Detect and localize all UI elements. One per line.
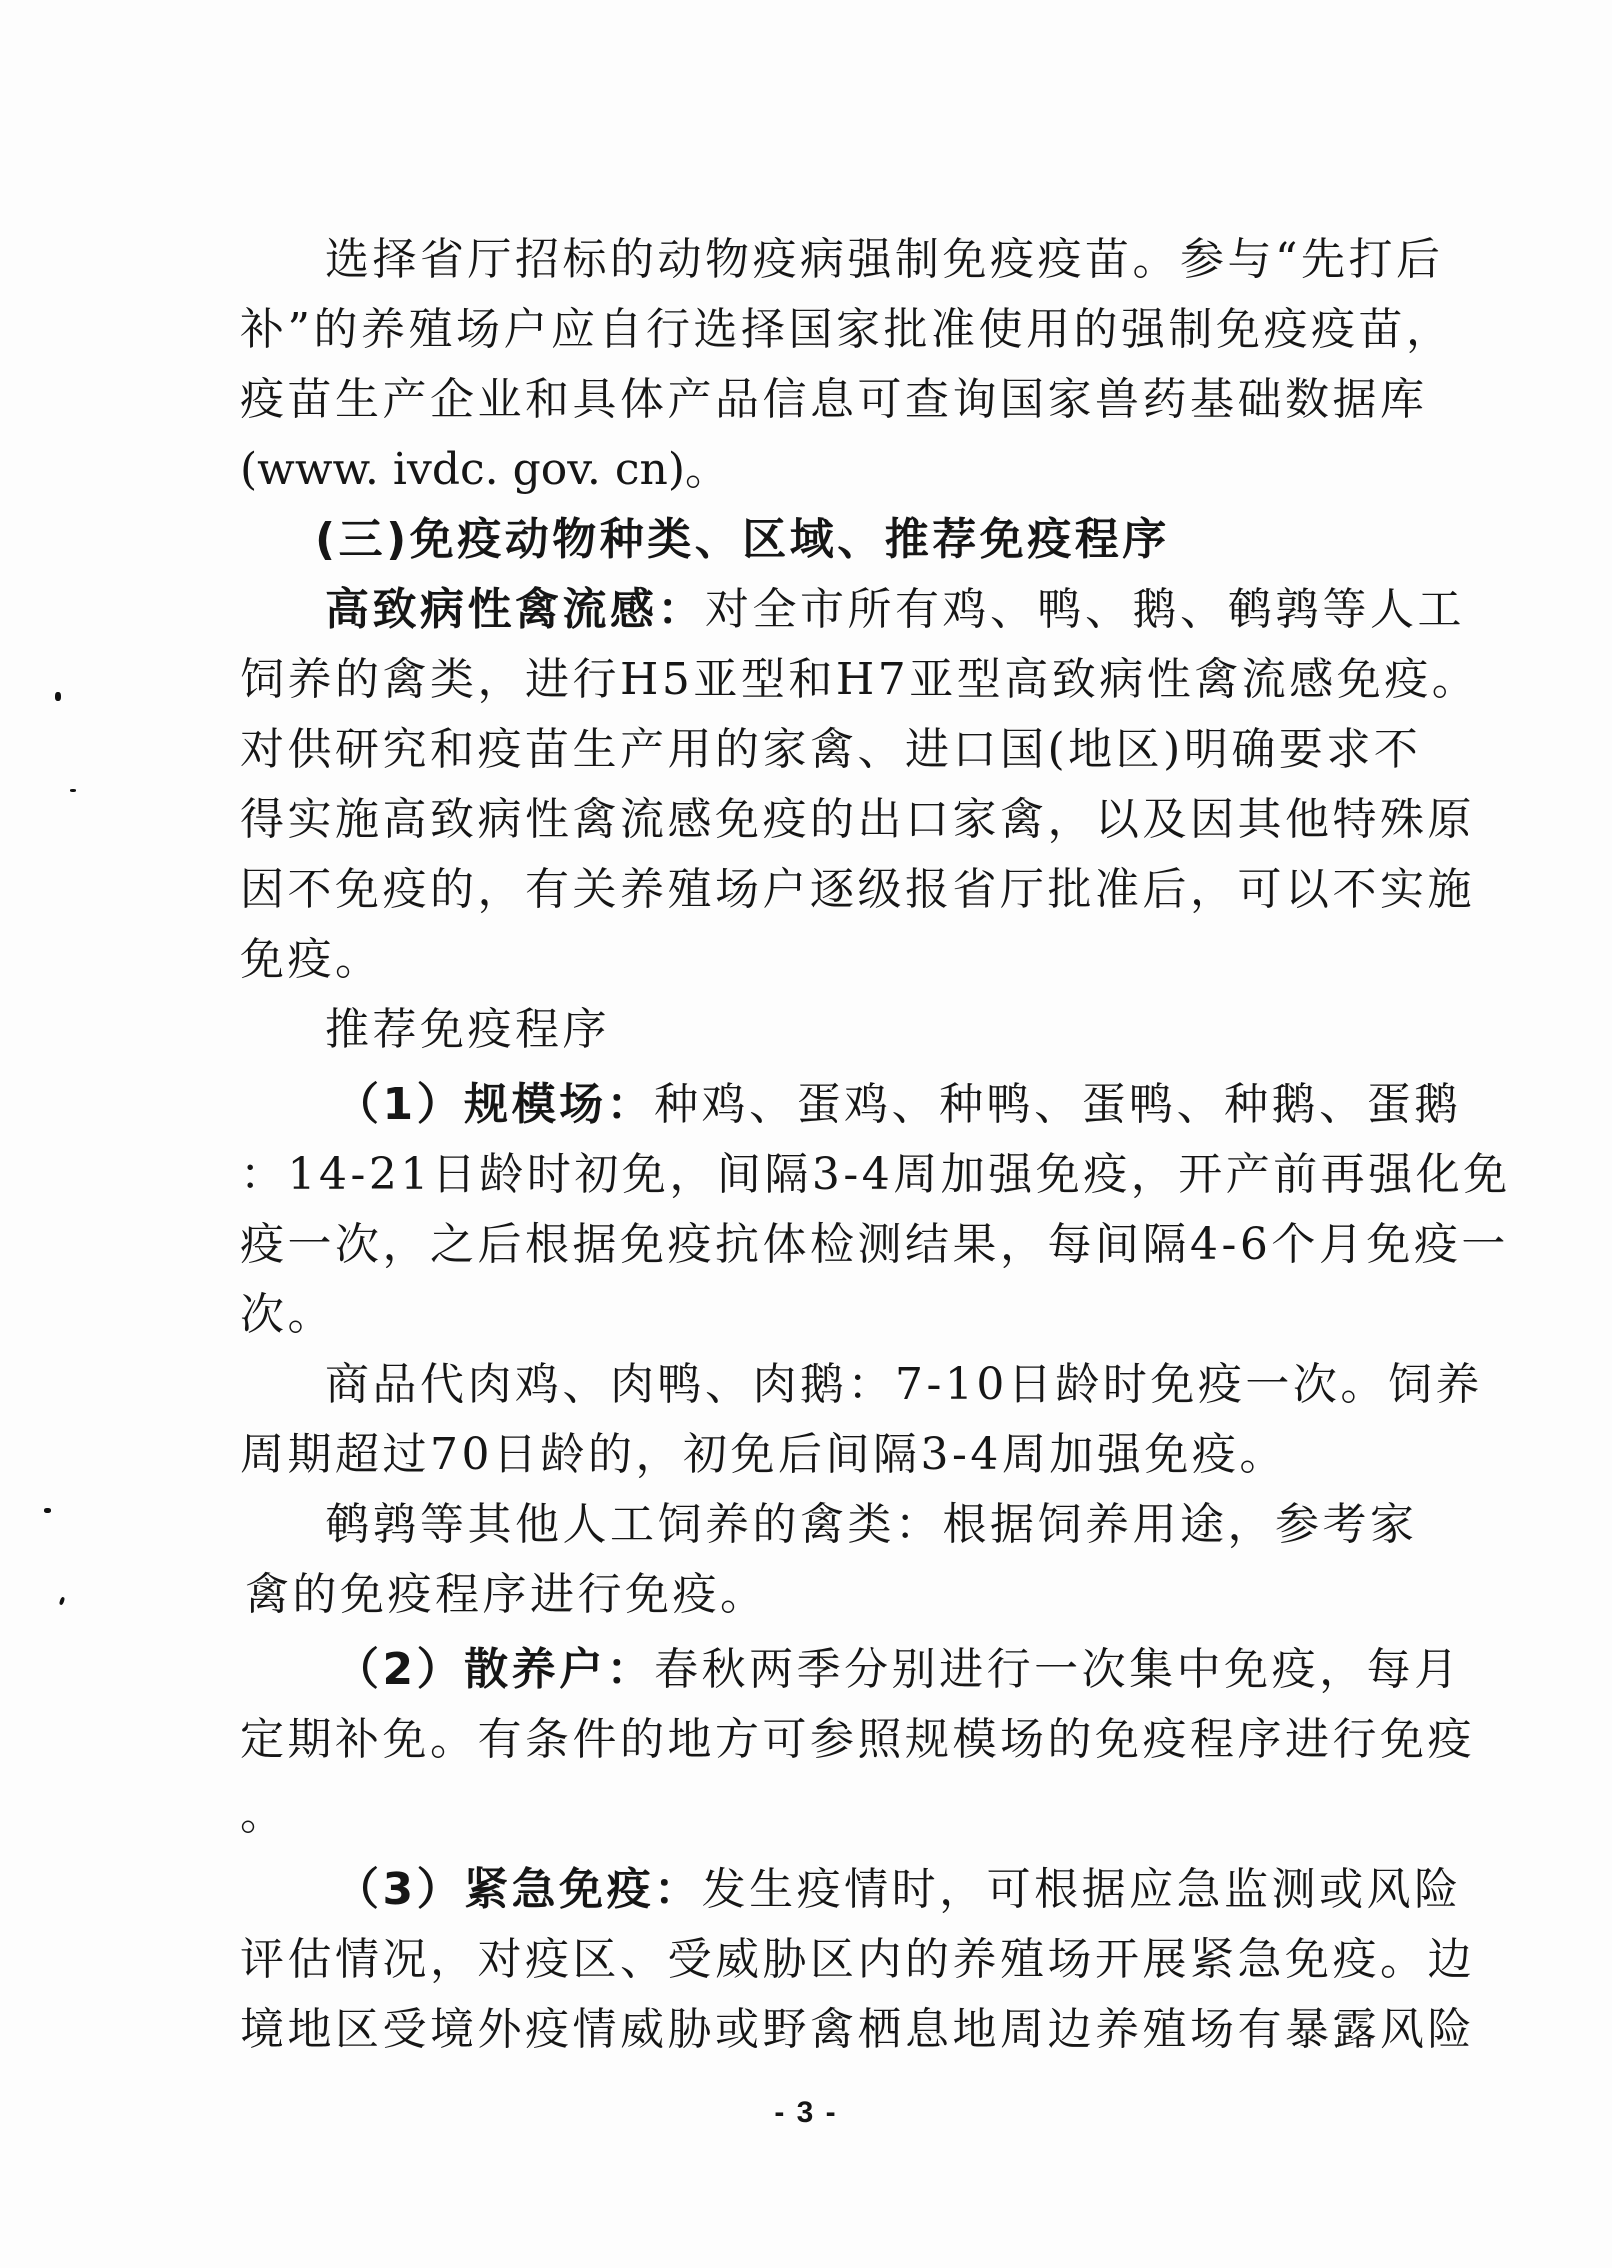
paragraph-line: 境地区受境外疫情威胁或野禽栖息地周边养殖场有暴露风险	[240, 2000, 1400, 2060]
paragraph-line: 禽的免疫程序进行免疫。	[245, 1565, 1405, 1625]
backyard-first-line: （2）散养户：春秋两季分别进行一次集中免疫，每月	[335, 1640, 1410, 1700]
paragraph-line: 鹌鹑等其他人工饲养的禽类：根据饲养用途，参考家	[325, 1495, 1400, 1555]
hpai-first-line: 高致病性禽流感：对全市所有鸡、鸭、鹅、鹌鹑等人工	[325, 580, 1400, 640]
document-page: 选择省厅招标的动物疫病强制免疫疫苗。参与“先打后 补”的养殖场户应自行选择国家批…	[0, 0, 1612, 2268]
paragraph-line: 补”的养殖场户应自行选择国家批准使用的强制免疫疫苗，	[240, 300, 1400, 360]
paragraph-line: 。	[240, 1785, 1400, 1845]
paragraph-line: 周期超过70日龄的，初免后间隔3-4周加强免疫。	[240, 1425, 1400, 1485]
paragraph-line: 选择省厅招标的动物疫病强制免疫疫苗。参与“先打后	[325, 230, 1400, 290]
paragraph-line: 次。	[240, 1285, 1400, 1345]
emergency-label: （3）紧急免疫：	[335, 1864, 702, 1915]
section-heading: (三)免疫动物种类、区域、推荐免疫程序	[315, 510, 1390, 570]
paragraph-line: 疫苗生产企业和具体产品信息可查询国家兽药基础数据库	[240, 370, 1400, 430]
paragraph-line: 对供研究和疫苗生产用的家禽、进口国(地区)明确要求不	[240, 720, 1400, 780]
emergency-text: 发生疫情时，可根据应急监测或风险	[702, 1864, 1462, 1915]
emergency-first-line: （3）紧急免疫：发生疫情时，可根据应急监测或风险	[335, 1860, 1410, 1920]
paragraph-line: 免疫。	[240, 930, 1400, 990]
scale-farm-label: （1）规模场：	[335, 1079, 654, 1130]
paragraph-line: 因不免疫的，有关养殖场户逐级报省厅批准后，可以不实施	[240, 860, 1400, 920]
paragraph-line: 疫一次，之后根据免疫抗体检测结果，每间隔4-6个月免疫一	[240, 1215, 1400, 1275]
scan-speck	[59, 1597, 65, 1606]
scale-farm-first-line: （1）规模场：种鸡、蛋鸡、种鸭、蛋鸭、种鹅、蛋鹅	[335, 1075, 1410, 1135]
paragraph-line: 饲养的禽类，进行H5亚型和H7亚型高致病性禽流感免疫。	[240, 650, 1400, 710]
paragraph-line: ：14-21日龄时初免，间隔3-4周加强免疫，开产前再强化免	[240, 1145, 1400, 1205]
scan-speck	[44, 1508, 51, 1513]
scale-farm-text: 种鸡、蛋鸡、种鸭、蛋鸭、种鹅、蛋鹅	[654, 1079, 1462, 1130]
paragraph-line: 评估情况，对疫区、受威胁区内的养殖场开展紧急免疫。边	[240, 1930, 1400, 1990]
hpai-label: 高致病性禽流感：	[325, 584, 705, 635]
subheading-recommended: 推荐免疫程序	[325, 1000, 1400, 1060]
scan-speck	[70, 789, 76, 792]
hpai-text: 对全市所有鸡、鸭、鹅、鹌鹑等人工	[705, 584, 1465, 635]
backyard-label: （2）散养户：	[335, 1644, 654, 1695]
page-number: - 3 -	[0, 2096, 1612, 2130]
paragraph-line: 得实施高致病性禽流感免疫的出口家禽，以及因其他特殊原	[240, 790, 1400, 850]
scan-speck	[55, 692, 61, 701]
database-url-line: (www. ivdc. gov. cn)。	[240, 440, 1400, 500]
paragraph-line: 定期补免。有条件的地方可参照规模场的免疫程序进行免疫	[240, 1710, 1400, 1770]
backyard-text: 春秋两季分别进行一次集中免疫，每月	[654, 1644, 1462, 1695]
paragraph-line: 商品代肉鸡、肉鸭、肉鹅：7-10日龄时免疫一次。饲养	[325, 1355, 1400, 1415]
